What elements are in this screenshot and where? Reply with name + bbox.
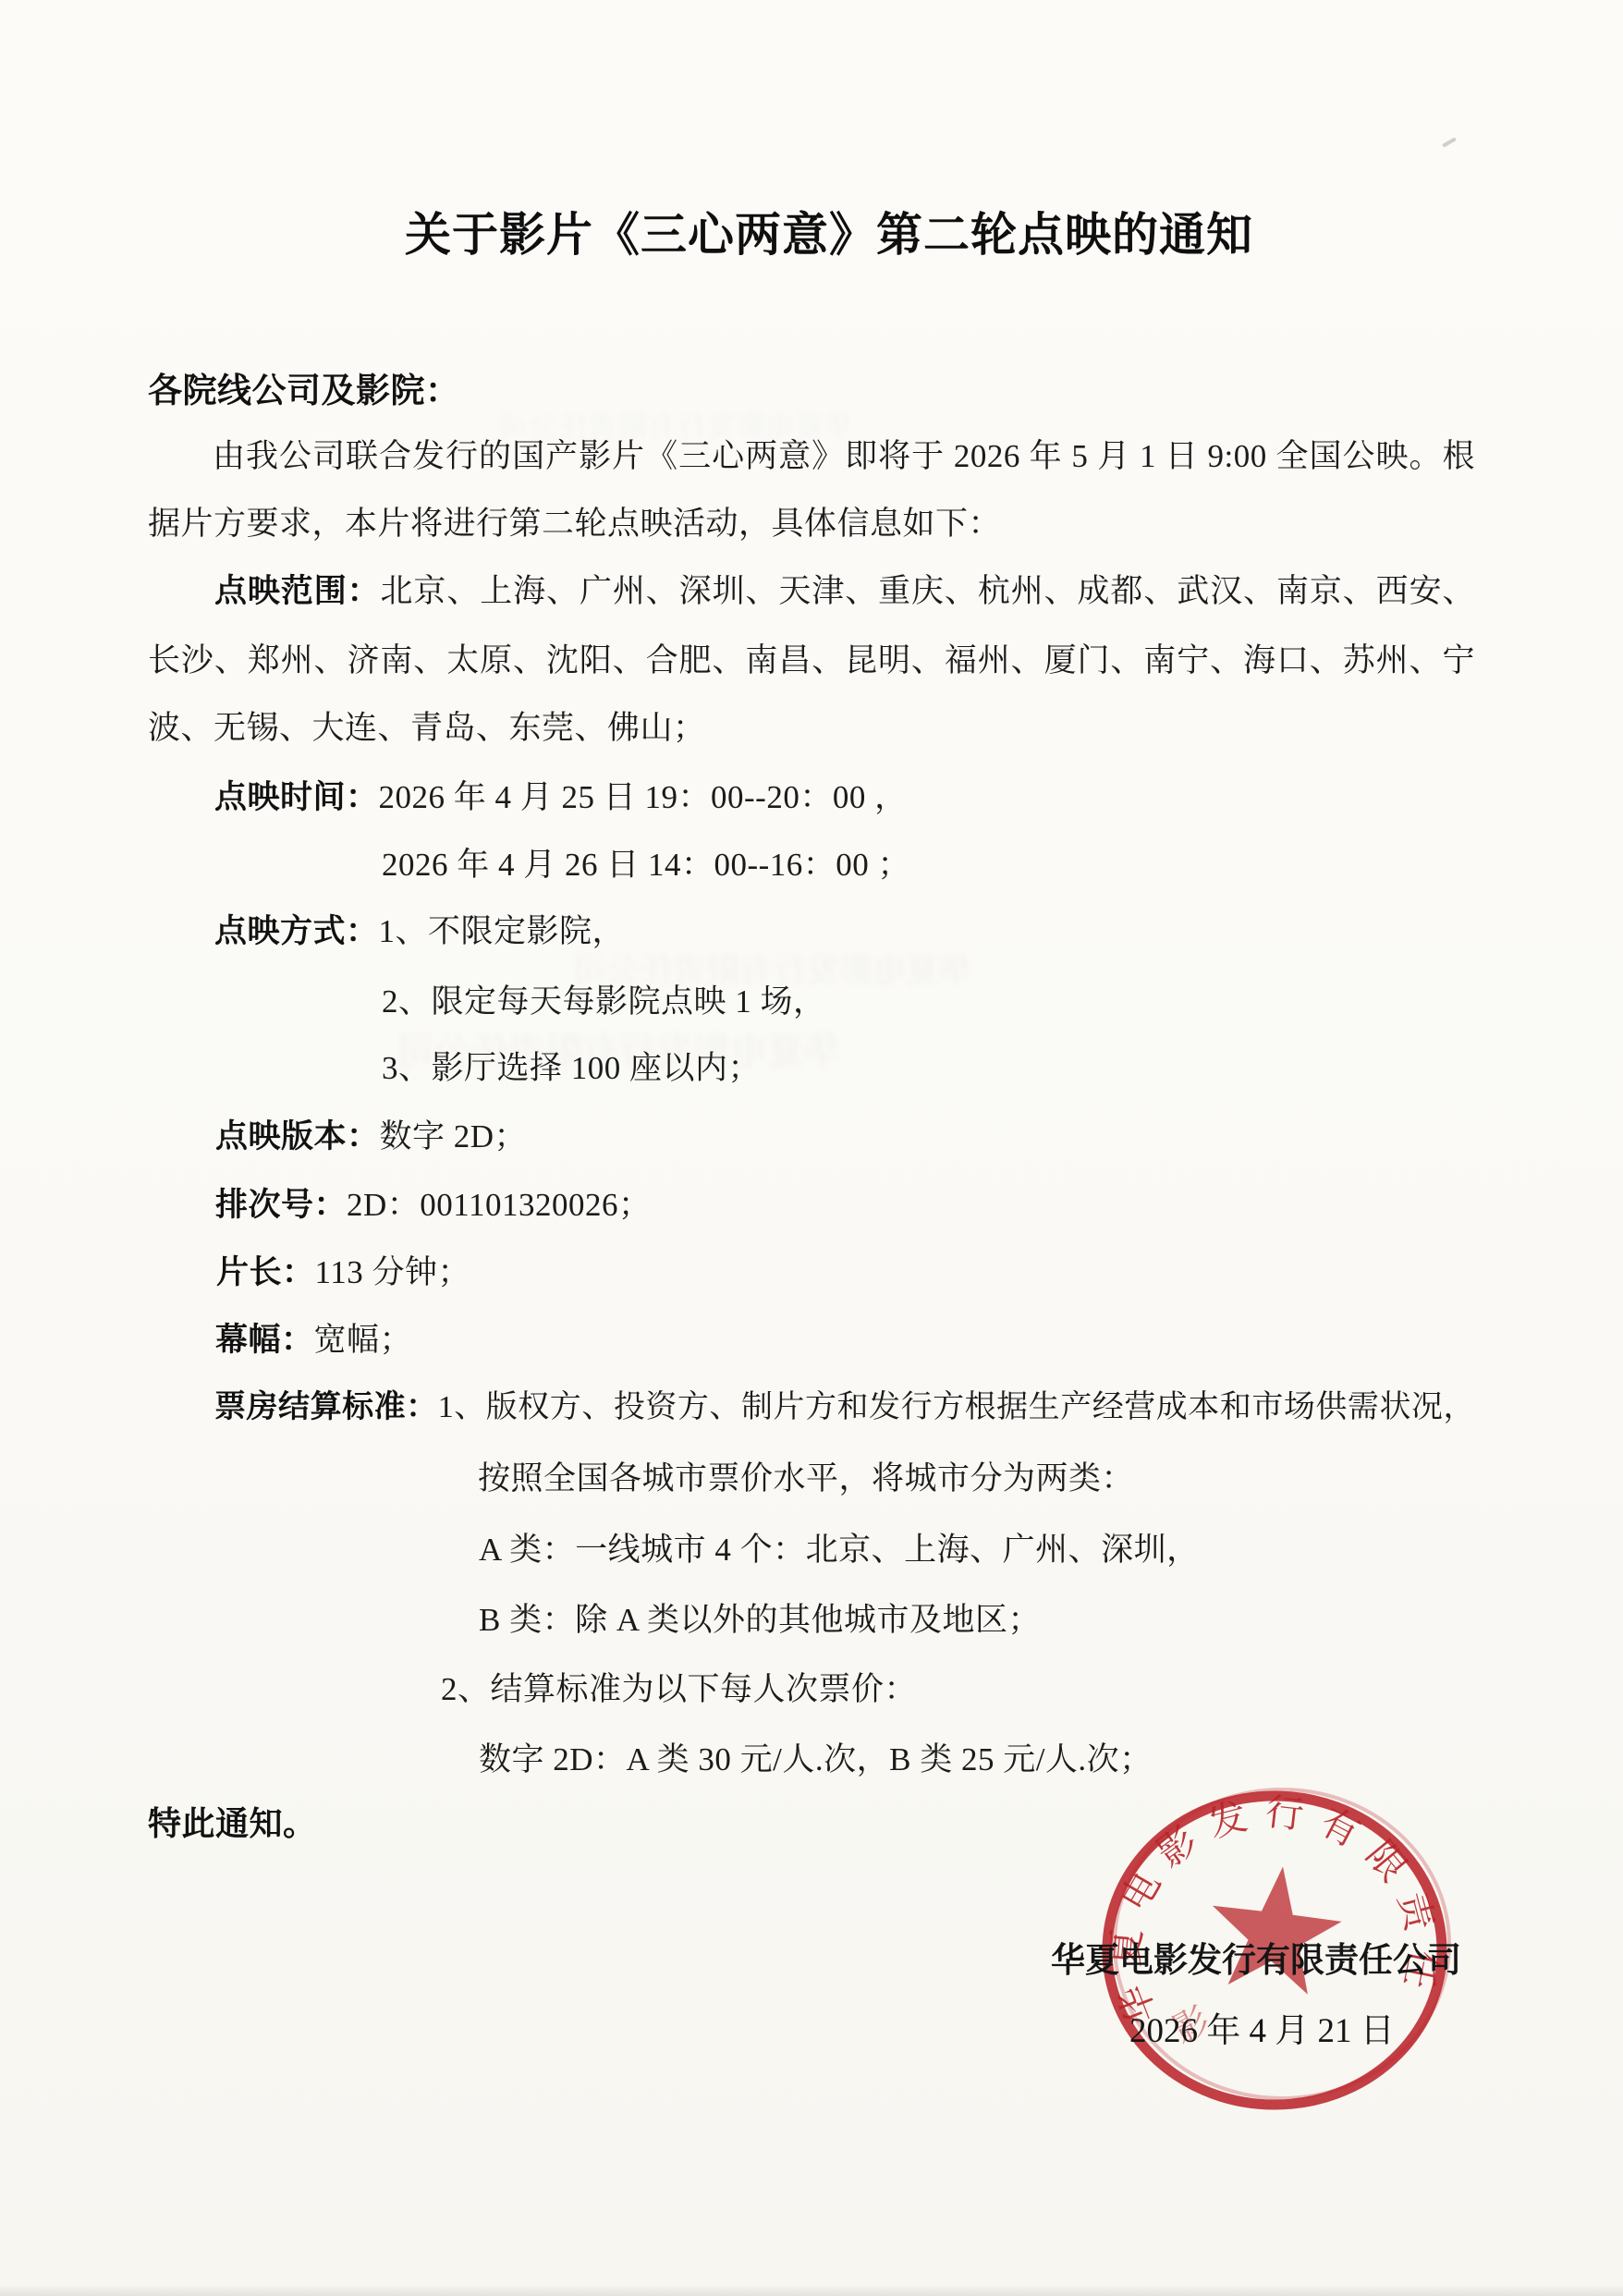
settlement-label: 票房结算标准： [214,1389,438,1424]
settlement-class-b: B 类：除 A 类以外的其他城市及地区； [479,1602,1041,1639]
scope-line-3: 波、无锡、大连、青岛、东莞、佛山； [148,710,706,747]
scan-edge [0,2285,1623,2296]
time-label: 点映时间： [214,779,379,815]
method-line-1: 点映方式：1、不限定影院， [214,913,625,950]
serial-label: 排次号： [215,1187,347,1223]
settlement-class-a: A 类：一线城市 4 个：北京、上海、广州、深圳， [479,1532,1200,1569]
time-line-1: 点映时间：2026 年 4 月 25 日 19：00--20：00 ， [214,779,908,816]
salutation-line: 各院线公司及影院： [148,372,460,411]
scan-speck [1442,137,1457,147]
scope-line-1: 点映范围：北京、上海、广州、深圳、天津、重庆、杭州、成都、武汉、南京、西安、 [214,573,1475,610]
scope-line-2: 长沙、郑州、济南、太原、沈阳、合肥、南昌、昆明、福州、厦门、南宁、海口、苏州、宁 [148,642,1475,679]
method-item-2: 2、限定每天每影院点映 1 场， [382,983,826,1020]
time-line-2: 2026 年 4 月 26 日 14：00--16：00 ； [382,847,910,884]
intro-line-2: 据片方要求，本片将进行第二轮点映活动，具体信息如下： [148,506,1001,543]
duration-label: 片长： [216,1254,315,1290]
serial-line: 排次号：2D：001101320026； [215,1187,652,1224]
scope-label: 点映范围： [214,573,381,609]
signature-date: 2026 年 4 月 21 日 [1129,2013,1395,2051]
scope-cities-1: 北京、上海、广州、深圳、天津、重庆、杭州、成都、武汉、南京、西安、 [381,573,1475,609]
method-item-3: 3、影厅选择 100 座以内； [382,1050,761,1087]
time-value-1: 2026 年 4 月 25 日 19：00--20：00 ， [379,779,908,815]
settlement-item-1: 1、版权方、投资方、制片方和发行方根据生产经营成本和市场供需状况， [438,1390,1475,1424]
duration-value: 113 分钟； [315,1254,470,1290]
intro-line-1: 由我公司联合发行的国产影片《三心两意》即将于 2026 年 5 月 1 日 9:… [213,438,1475,475]
aspect-value: 宽幅； [314,1322,413,1358]
notice-title: 关于影片《三心两意》第二轮点映的通知 [18,198,1623,264]
version-value: 数字 2D； [380,1118,528,1154]
method-label: 点映方式： [214,913,379,949]
settlement-line-1: 票房结算标准：1、版权方、投资方、制片方和发行方根据生产经营成本和市场供需状况， [214,1389,1475,1425]
version-line: 点映版本：数字 2D； [215,1118,527,1155]
paper-page: 关于影片《三心两意》第二轮点映的通知 华夏电影发行有限责任公司 华夏电影发行有限… [0,0,1623,2296]
serial-value: 2D：001101320026； [347,1187,651,1223]
version-label: 点映版本： [215,1118,380,1154]
closing-line: 特此通知。 [148,1804,317,1842]
settlement-item-2: 2、结算标准为以下每人次票价： [441,1671,917,1708]
company-signature: 华夏电影发行有限责任公司 [1051,1943,1461,1981]
method-item-1: 1、不限定影院， [379,913,626,949]
aspect-line: 幕幅：宽幅； [215,1322,412,1359]
aspect-label: 幕幅： [215,1322,314,1358]
settlement-item-2b: 数字 2D：A 类 30 元/人.次，B 类 25 元/人.次； [479,1741,1153,1778]
settlement-item-1b: 按照全国各城市票价水平，将城市分为两类： [478,1460,1134,1497]
duration-line: 片长：113 分钟； [216,1254,470,1291]
